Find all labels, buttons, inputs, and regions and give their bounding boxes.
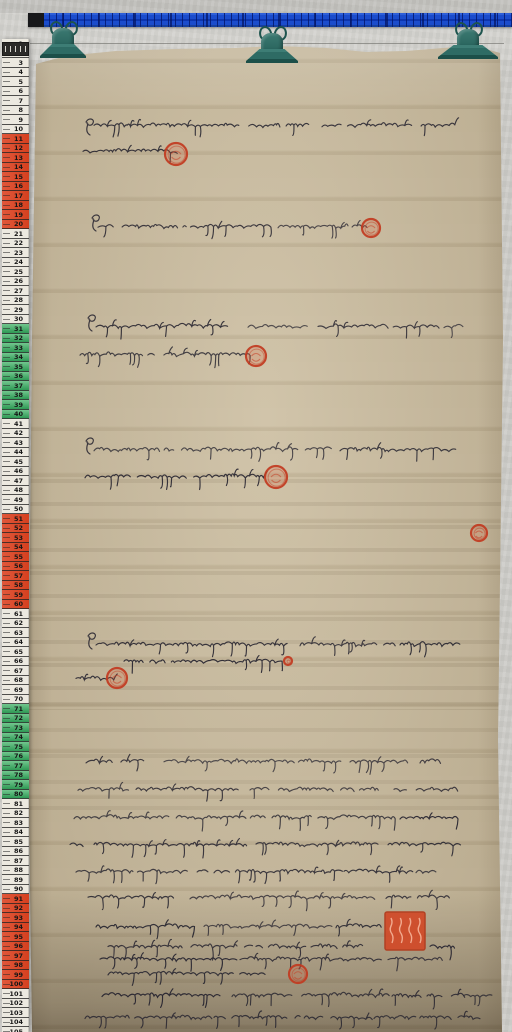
ruler-number: 90 (14, 886, 23, 893)
ruler-cell: 29 (2, 305, 29, 315)
ruler-cell: 64 (2, 638, 29, 648)
ruler-cell: 33 (2, 343, 29, 353)
ruler-cell: 87 (2, 856, 29, 866)
ruler-cell: 45 (2, 457, 29, 467)
ruler-number: 18 (14, 202, 23, 209)
manuscript-paper (26, 40, 504, 1032)
ruler-cell: 97 (2, 951, 29, 961)
ruler-cell: 96 (2, 942, 29, 952)
clip-plate (438, 45, 498, 59)
ruler-cell: 24 (2, 258, 29, 268)
ruler-number: 100 (9, 981, 23, 988)
ruler-cell: 93 (2, 913, 29, 923)
ruler-number: 19 (14, 212, 23, 219)
ruler-cell: 89 (2, 875, 29, 885)
ruler-number: 62 (14, 620, 23, 627)
ruler-cell: 85 (2, 837, 29, 847)
ruler-number: 67 (14, 668, 23, 675)
paper-fold-creases-low (26, 680, 504, 820)
ruler-cell: 12 (2, 144, 29, 154)
ruler-cell: 40 (2, 410, 29, 420)
ruler-number: 64 (14, 639, 23, 646)
ruler-cell: 61 (2, 609, 29, 619)
ruler-number: 105 (9, 1029, 23, 1032)
ruler-number: 34 (14, 354, 23, 361)
ruler-number: 13 (14, 155, 23, 162)
ruler-cell: 82 (2, 809, 29, 819)
ruler-cell: 41 (2, 419, 29, 429)
ruler-cell: 79 (2, 780, 29, 790)
ruler-cell: 4 (2, 68, 29, 78)
ruler-number: 60 (14, 601, 23, 608)
ruler-number: 30 (14, 316, 23, 323)
ruler-number: 77 (14, 763, 23, 770)
ruler-cell: 104 (2, 1018, 29, 1028)
ruler-number: 25 (14, 269, 23, 276)
ruler-cell: 99 (2, 970, 29, 980)
ruler-cell: 83 (2, 818, 29, 828)
ruler-number: 70 (14, 696, 23, 703)
ruler-number: 73 (14, 725, 23, 732)
ruler-number: 12 (14, 145, 23, 152)
ruler-number: 88 (14, 867, 23, 874)
ruler-cell: 102 (2, 999, 29, 1009)
ruler-number: 58 (14, 582, 23, 589)
ruler-cell: 31 (2, 324, 29, 334)
ruler-cell: 25 (2, 267, 29, 277)
ruler-number: 97 (14, 953, 23, 960)
ruler-number: 31 (14, 326, 23, 333)
ruler-number: 48 (14, 487, 23, 494)
bulldog-clip-middle (246, 27, 298, 63)
ruler-number: 53 (14, 535, 23, 542)
paper-shading (26, 40, 504, 1032)
ruler-number: 15 (14, 174, 23, 181)
ruler-cell: 72 (2, 714, 29, 724)
paper-fold-creases-mid (26, 460, 504, 710)
ruler-number: 71 (14, 706, 23, 713)
ruler-number: 40 (14, 411, 23, 418)
ruler-cell: 73 (2, 723, 29, 733)
paper-fold-creases (26, 40, 504, 1032)
ruler-number: 98 (14, 962, 23, 969)
ruler-cell: 56 (2, 562, 29, 572)
ruler-cell: 9 (2, 115, 29, 125)
ruler-number: 104 (9, 1019, 23, 1026)
ruler-number: 5 (18, 79, 23, 86)
ruler-number: 75 (14, 744, 23, 751)
ruler-cell: 34 (2, 353, 29, 363)
ruler-number: 24 (14, 259, 23, 266)
ruler-number: 72 (14, 715, 23, 722)
ruler-cell: 59 (2, 590, 29, 600)
ruler-number: 84 (14, 829, 23, 836)
ruler-cell: 68 (2, 676, 29, 686)
ruler-cell: 32 (2, 334, 29, 344)
ruler-number: 101 (9, 991, 23, 998)
ruler-number: 20 (14, 221, 23, 228)
ruler-cell: 86 (2, 847, 29, 857)
ruler-cell: 55 (2, 552, 29, 562)
ruler-number: 59 (14, 592, 23, 599)
photograph-scene: 1234567891011121314151617181920212223242… (0, 0, 512, 1032)
ruler-number: 91 (14, 896, 23, 903)
ruler-number: 41 (14, 421, 23, 428)
bulldog-clip-left (40, 26, 86, 58)
ruler-number: 69 (14, 687, 23, 694)
ruler-number: 45 (14, 459, 23, 466)
ruler-cell: 18 (2, 201, 29, 211)
ruler-number: 23 (14, 250, 23, 257)
ruler-header (2, 42, 29, 56)
ruler-cell: 3 (2, 58, 29, 68)
ruler-cell: 36 (2, 372, 29, 382)
ruler-cell: 70 (2, 695, 29, 705)
ruler-number: 102 (9, 1000, 23, 1007)
ruler-cell: 74 (2, 733, 29, 743)
ruler-number: 10 (14, 126, 23, 133)
ruler-cell: 88 (2, 866, 29, 876)
ruler-number: 79 (14, 782, 23, 789)
ruler-number: 52 (14, 525, 23, 532)
ruler-cell: 7 (2, 96, 29, 106)
ruler-number: 63 (14, 630, 23, 637)
ruler-number: 49 (14, 497, 23, 504)
ruler-number: 96 (14, 943, 23, 950)
ruler-cell: 54 (2, 543, 29, 553)
ruler-number: 35 (14, 364, 23, 371)
clip-plate (40, 44, 86, 58)
bulldog-clip-right (438, 23, 498, 59)
ruler-cell: 20 (2, 220, 29, 230)
ruler-number: 83 (14, 820, 23, 827)
ruler-number: 8 (18, 107, 23, 114)
ruler-cell: 76 (2, 752, 29, 762)
ruler-number: 66 (14, 658, 23, 665)
ruler-cell: 17 (2, 191, 29, 201)
ruler-cell: 98 (2, 961, 29, 971)
ruler-number: 42 (14, 430, 23, 437)
ruler-number: 56 (14, 563, 23, 570)
ruler-number: 89 (14, 877, 23, 884)
vertical-ruler-tape: 1234567891011121314151617181920212223242… (2, 39, 29, 1032)
ruler-cell: 19 (2, 210, 29, 220)
ruler-cell: 91 (2, 894, 29, 904)
ruler-number: 82 (14, 810, 23, 817)
ruler-cell: 42 (2, 429, 29, 439)
ruler-number: 11 (14, 136, 23, 143)
ruler-number: 47 (14, 478, 23, 485)
ruler-cell: 52 (2, 524, 29, 534)
ruler-number: 50 (14, 506, 23, 513)
ruler-cell: 80 (2, 790, 29, 800)
ruler-cell: 63 (2, 628, 29, 638)
ruler-number: 74 (14, 734, 23, 741)
ruler-cell: 62 (2, 619, 29, 629)
ruler-cell: 35 (2, 362, 29, 372)
ruler-cell: 78 (2, 771, 29, 781)
ruler-number: 61 (14, 611, 23, 618)
ruler-cell: 84 (2, 828, 29, 838)
ruler-cell: 95 (2, 932, 29, 942)
ruler-number: 44 (14, 449, 23, 456)
ruler-number: 93 (14, 915, 23, 922)
ruler-cell: 27 (2, 286, 29, 296)
ruler-cell: 94 (2, 923, 29, 933)
ruler-number: 14 (14, 164, 23, 171)
ruler-number: 68 (14, 677, 23, 684)
ruler-cell: 14 (2, 163, 29, 173)
ruler-cell: 71 (2, 704, 29, 714)
ruler-number: 85 (14, 839, 23, 846)
ruler-cell: 75 (2, 742, 29, 752)
ruler-number: 94 (14, 924, 23, 931)
ruler-number: 76 (14, 753, 23, 760)
ruler-cell: 30 (2, 315, 29, 325)
ruler-number: 95 (14, 934, 23, 941)
ruler-cell: 43 (2, 438, 29, 448)
ruler-cell: 81 (2, 799, 29, 809)
ruler-number: 81 (14, 801, 23, 808)
ruler-number: 16 (14, 183, 23, 190)
ruler-number: 39 (14, 402, 23, 409)
ruler-cell: 38 (2, 391, 29, 401)
ruler-cell: 28 (2, 296, 29, 306)
ruler-cell: 48 (2, 486, 29, 496)
ruler-number: 99 (14, 972, 23, 979)
ruler-cell: 69 (2, 685, 29, 695)
ruler-number: 28 (14, 297, 23, 304)
ruler-cell: 6 (2, 87, 29, 97)
ruler-cell: 103 (2, 1008, 29, 1018)
ruler-number: 78 (14, 772, 23, 779)
ruler-cell: 46 (2, 467, 29, 477)
ruler-number: 27 (14, 288, 23, 295)
ruler-number: 32 (14, 335, 23, 342)
ruler-number: 55 (14, 554, 23, 561)
tape-end-cap (28, 13, 44, 27)
ruler-number: 38 (14, 392, 23, 399)
ruler-number: 3 (18, 60, 23, 67)
ruler-number: 57 (14, 573, 23, 580)
ruler-cell: 92 (2, 904, 29, 914)
ruler-number: 29 (14, 307, 23, 314)
ruler-number: 37 (14, 383, 23, 390)
ruler-cell: 22 (2, 239, 29, 249)
ruler-number: 54 (14, 544, 23, 551)
ruler-cell: 60 (2, 600, 29, 610)
ruler-cell: 23 (2, 248, 29, 258)
ruler-number: 26 (14, 278, 23, 285)
ruler-number: 6 (18, 88, 23, 95)
ruler-cell: 15 (2, 172, 29, 182)
ruler-cell: 57 (2, 571, 29, 581)
ruler-cell: 39 (2, 400, 29, 410)
ruler-cell: 50 (2, 505, 29, 515)
clip-plate (246, 49, 298, 63)
ruler-cell: 66 (2, 657, 29, 667)
ruler-cell: 16 (2, 182, 29, 192)
ruler-number: 92 (14, 905, 23, 912)
ruler-number: 9 (18, 117, 23, 124)
ruler-number: 33 (14, 345, 23, 352)
ruler-number: 51 (14, 516, 23, 523)
ruler-cell: 51 (2, 514, 29, 524)
ruler-cell: 49 (2, 495, 29, 505)
ruler-number: 46 (14, 468, 23, 475)
ruler-cell: 90 (2, 885, 29, 895)
ruler-number: 17 (14, 193, 23, 200)
ruler-cell: 100 (2, 980, 29, 990)
ruler-cell: 5 (2, 77, 29, 87)
ruler-number: 4 (18, 69, 23, 76)
ruler-cell: 53 (2, 533, 29, 543)
ruler-cell: 11 (2, 134, 29, 144)
ruler-number: 36 (14, 373, 23, 380)
ruler-cell: 105 (2, 1027, 29, 1032)
ruler-number: 22 (14, 240, 23, 247)
ruler-cell: 8 (2, 106, 29, 116)
ruler-cell: 10 (2, 125, 29, 135)
ruler-number: 103 (9, 1010, 23, 1017)
ruler-cell: 26 (2, 277, 29, 287)
ruler-cell: 101 (2, 989, 29, 999)
ruler-number: 7 (18, 98, 23, 105)
ruler-cell: 47 (2, 476, 29, 486)
ruler-number: 43 (14, 440, 23, 447)
ruler-number: 21 (14, 231, 23, 238)
ruler-cell: 77 (2, 761, 29, 771)
ruler-cell: 13 (2, 153, 29, 163)
ruler-cell: 37 (2, 381, 29, 391)
ruler-cell: 44 (2, 448, 29, 458)
ruler-cell: 67 (2, 666, 29, 676)
ruler-number: 65 (14, 649, 23, 656)
ruler-number: 87 (14, 858, 23, 865)
ruler-number: 80 (14, 791, 23, 798)
ruler-cell: 58 (2, 581, 29, 591)
ruler-number: 86 (14, 848, 23, 855)
ruler-cell: 21 (2, 229, 29, 239)
ruler-cell: 65 (2, 647, 29, 657)
